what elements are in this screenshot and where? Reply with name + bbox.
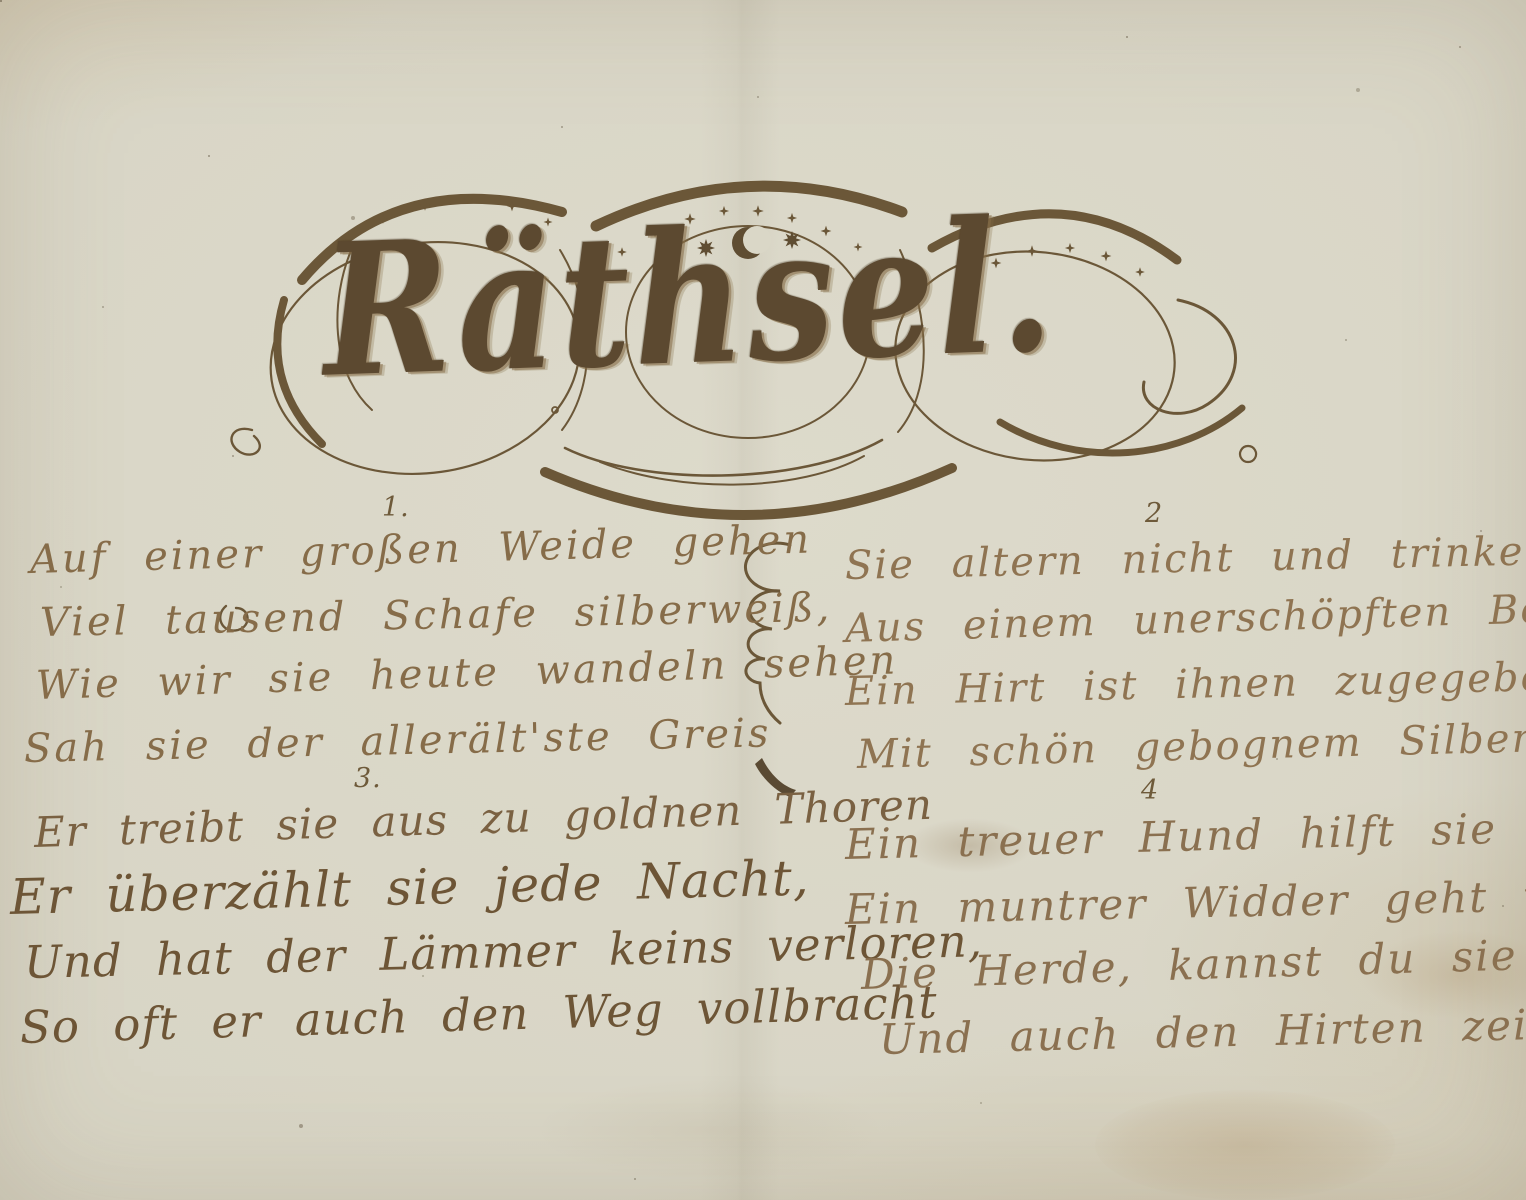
page-title: Räthsel. — [316, 185, 1063, 451]
stanza-3: 3. Er treibt sie aus zu goldnen Thoren E… — [22, 763, 802, 1060]
ink-stain — [540, 1080, 880, 1180]
stanza-4: 4 Ein treuer Hund hilft sie ihm leiten E… — [845, 775, 1526, 1072]
paper-specks — [0, 0, 2, 2]
manuscript-page: Räthsel. 1. Auf einer großen Weide gehen… — [0, 0, 1526, 1200]
stanza-2: 2 Sie altern nicht und trinken Leben Aus… — [845, 498, 1526, 787]
stanza-1: 1. Auf einer großen Weide gehen Viel tau… — [30, 492, 770, 781]
ink-stain — [1095, 1090, 1395, 1200]
verse-line: Ein treuer Hund hilft sie ihm leiten — [844, 793, 1526, 877]
